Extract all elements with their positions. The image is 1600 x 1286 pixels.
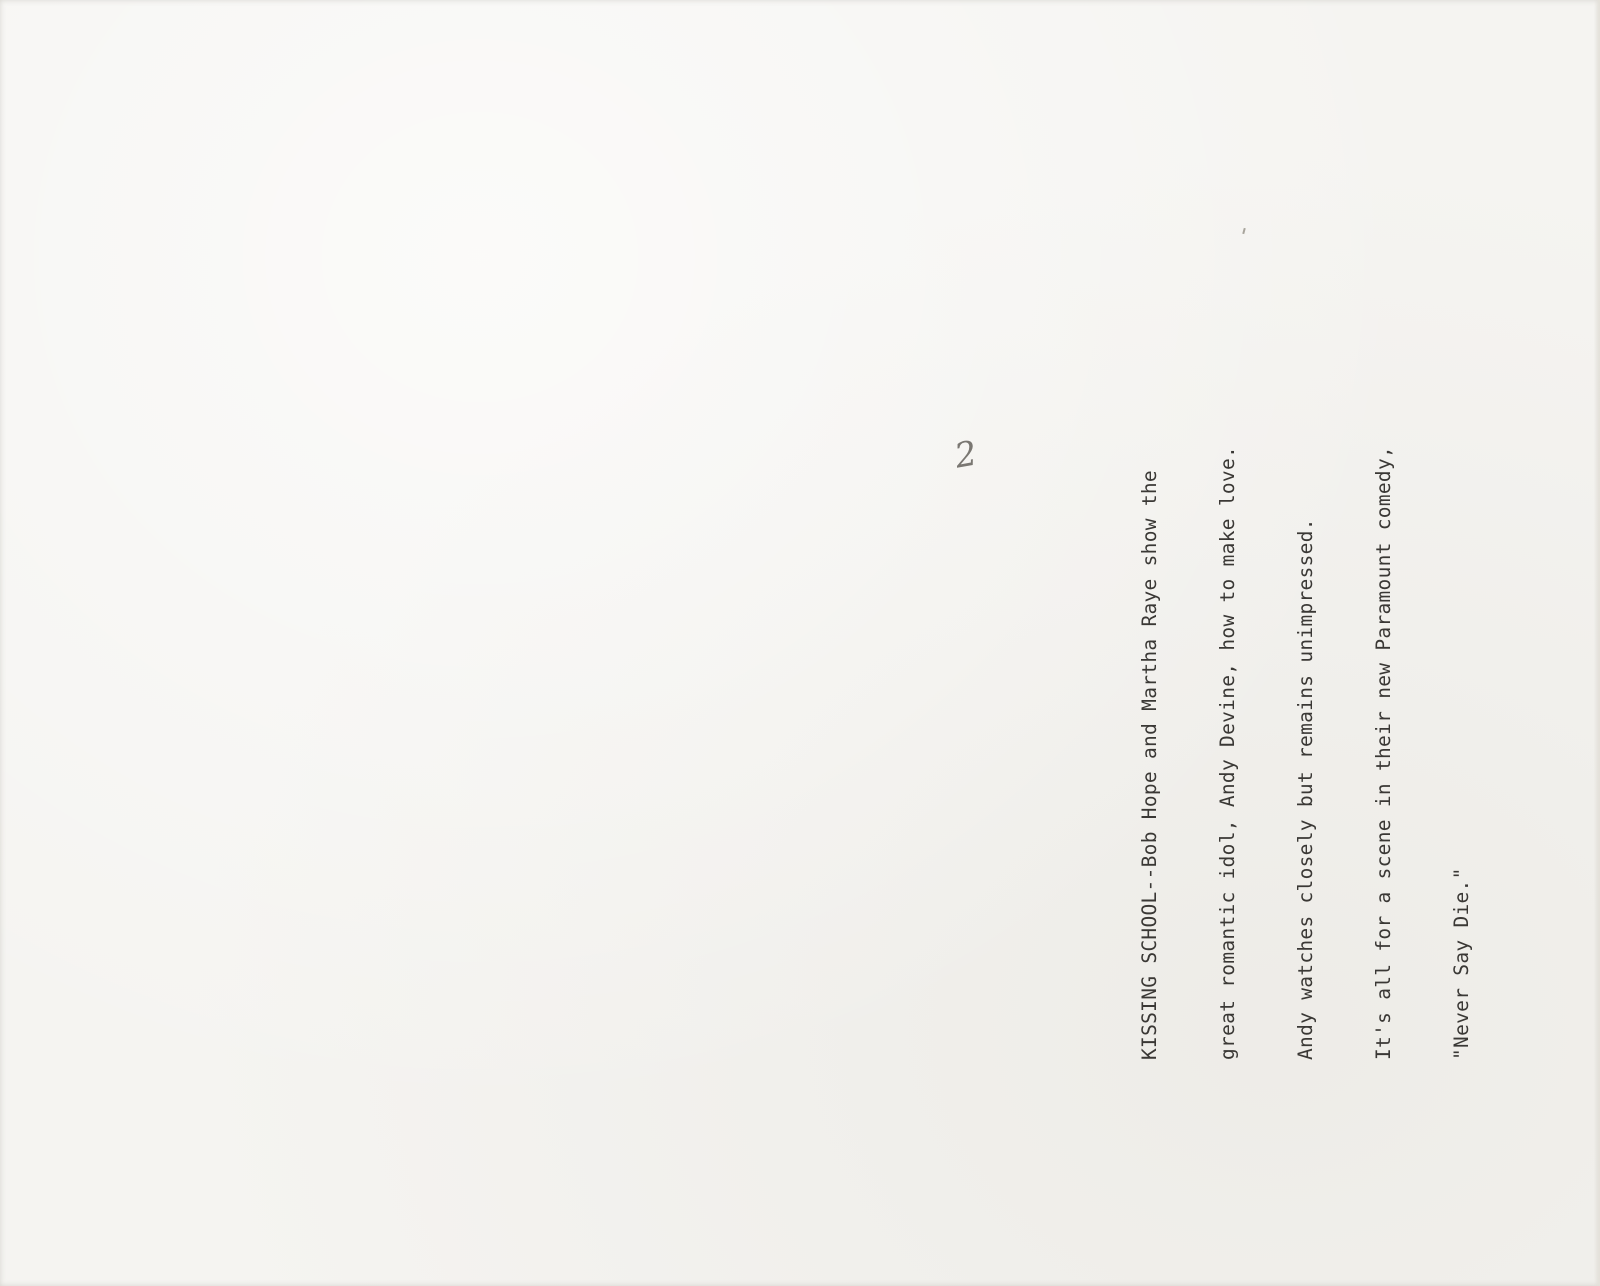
paper-speck (1242, 228, 1245, 234)
caption-line-2: great romantic idol, Andy Devine, how to… (1215, 446, 1241, 1060)
paper-edge (1594, 0, 1600, 1286)
pencil-number-mark: 2 (952, 433, 980, 476)
caption-line-1: KISSING SCHOOL--Bob Hope and Martha Raye… (1137, 446, 1163, 1060)
caption-line-4: It's all for a scene in their new Paramo… (1371, 446, 1397, 1060)
caption-line-5: "Never Say Die." (1449, 446, 1475, 1060)
typed-caption: KISSING SCHOOL--Bob Hope and Martha Raye… (1085, 446, 1527, 1060)
caption-line-3: Andy watches closely but remains unimpre… (1293, 446, 1319, 1060)
photo-back-paper: 2 KISSING SCHOOL--Bob Hope and Martha Ra… (0, 0, 1600, 1286)
